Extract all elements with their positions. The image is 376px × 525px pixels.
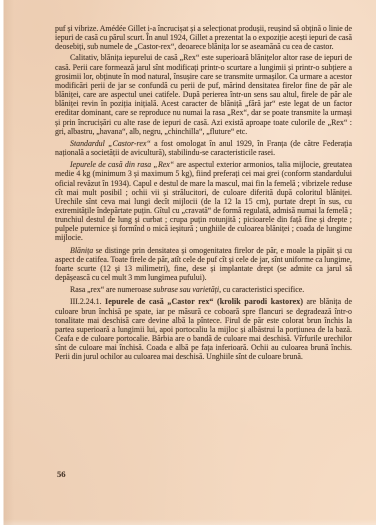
paragraph-lead-italic: Blănița bbox=[70, 246, 93, 255]
scanned-book-page: puf și vibrize. Amédée Gillet i-a încruc… bbox=[0, 0, 376, 525]
paragraph-lead-italic: Standardul „Castor-rex“ bbox=[70, 139, 151, 148]
paragraph-lead-italic: Iepurele de casă din rasa „Rex“ bbox=[70, 160, 174, 169]
paragraph-text: are aspectul exterior armonios, talia mi… bbox=[55, 160, 352, 242]
section-number: III.2.24.1. bbox=[70, 297, 105, 306]
paragraph-text: puf și vibrize. Amédée Gillet i-a încruc… bbox=[55, 24, 352, 51]
paragraph-text: , cu caracteristici specifice. bbox=[219, 285, 304, 294]
paragraph-italic-term: subrase sau varietăți bbox=[153, 285, 219, 294]
section-title-bold: Iepurele de casă „Castor rex“ (krolik pa… bbox=[105, 297, 303, 306]
page-number: 56 bbox=[57, 469, 66, 479]
paragraph-text: se distinge prin densitatea și omogenita… bbox=[55, 246, 352, 282]
text-block: puf și vibrize. Amédée Gillet i-a încruc… bbox=[55, 24, 352, 363]
paragraph-standard: Standardul „Castor-rex“ a fost omologat … bbox=[55, 139, 352, 157]
paragraph-text: Calitativ, blănița iepurelui de casă „Re… bbox=[55, 53, 352, 135]
paragraph-blanita: Blănița se distinge prin densitatea și o… bbox=[55, 246, 352, 283]
paragraph-subrase: Rasa „rex“ are numeroase subrase sau var… bbox=[55, 285, 352, 294]
paragraph-text: are blănița de culoare brun închisă pe s… bbox=[55, 297, 352, 361]
paragraph-castor-rex: III.2.24.1. Iepurele de casă „Castor rex… bbox=[55, 297, 352, 361]
paragraph-intro: puf și vibrize. Amédée Gillet i-a încruc… bbox=[55, 24, 352, 51]
paragraph-text: Rasa „rex“ are numeroase bbox=[70, 285, 153, 294]
paragraph-descriere-rasa: Iepurele de casă din rasa „Rex“ are aspe… bbox=[55, 160, 352, 242]
paragraph-calitativ: Calitativ, blănița iepurelui de casă „Re… bbox=[55, 53, 352, 135]
